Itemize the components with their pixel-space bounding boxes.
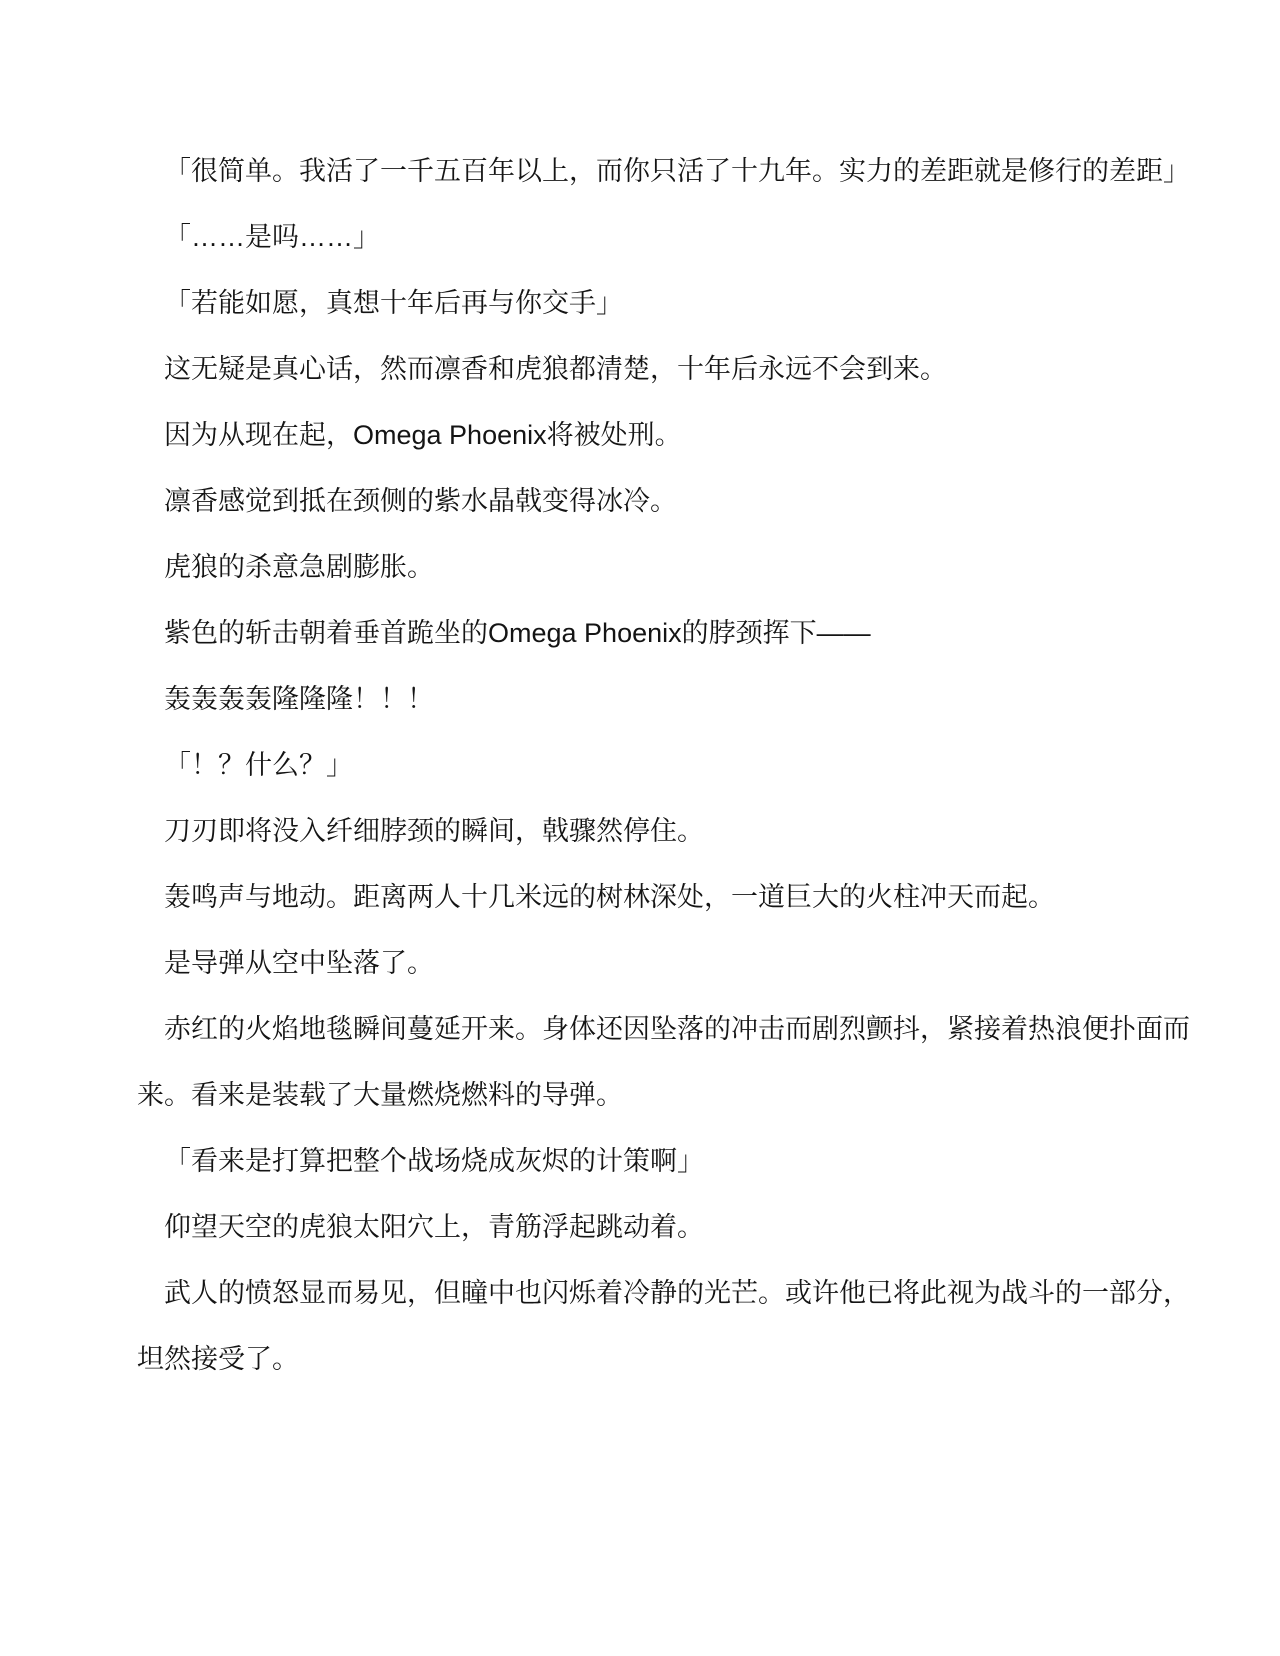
narration-paragraph: 轰鸣声与地动。距离两人十几米远的树林深处，一道巨大的火柱冲天而起。	[137, 864, 1197, 930]
text-content: 「很简单。我活了一千五百年以上，而你只活了十九年。实力的差距就是修行的差距」 「…	[137, 138, 1197, 1392]
narration-paragraph: 紫色的斩击朝着垂首跪坐的Omega Phoenix的脖颈挥下——	[137, 600, 1197, 666]
dialogue-line: 「！？什么？」	[137, 732, 1197, 798]
narration-paragraph: 虎狼的杀意急剧膨胀。	[137, 534, 1197, 600]
dialogue-line: 「……是吗……」	[137, 204, 1197, 270]
narration-paragraph: 武人的愤怒显而易见，但瞳中也闪烁着冷静的光芒。或许他已将此视为战斗的一部分，坦然…	[137, 1260, 1197, 1392]
dialogue-line: 「若能如愿，真想十年后再与你交手」	[137, 270, 1197, 336]
narration-paragraph: 是导弹从空中坠落了。	[137, 930, 1197, 996]
dialogue-line: 「看来是打算把整个战场烧成灰烬的计策啊」	[137, 1128, 1197, 1194]
dialogue-line: 「很简单。我活了一千五百年以上，而你只活了十九年。实力的差距就是修行的差距」	[137, 138, 1197, 204]
narration-paragraph: 凛香感觉到抵在颈侧的紫水晶戟变得冰冷。	[137, 468, 1197, 534]
narration-paragraph: 仰望天空的虎狼太阳穴上，青筋浮起跳动着。	[137, 1194, 1197, 1260]
narration-paragraph: 赤红的火焰地毯瞬间蔓延开来。身体还因坠落的冲击而剧烈颤抖，紧接着热浪便扑面而来。…	[137, 996, 1197, 1128]
narration-paragraph: 这无疑是真心话，然而凛香和虎狼都清楚，十年后永远不会到来。	[137, 336, 1197, 402]
narration-paragraph: 刀刃即将没入纤细脖颈的瞬间，戟骤然停住。	[137, 798, 1197, 864]
narration-paragraph: 轰轰轰轰隆隆隆！！！	[137, 666, 1197, 732]
narration-paragraph: 因为从现在起，Omega Phoenix将被处刑。	[137, 402, 1197, 468]
novel-page: 「很简单。我活了一千五百年以上，而你只活了十九年。实力的差距就是修行的差距」 「…	[0, 0, 1280, 1656]
